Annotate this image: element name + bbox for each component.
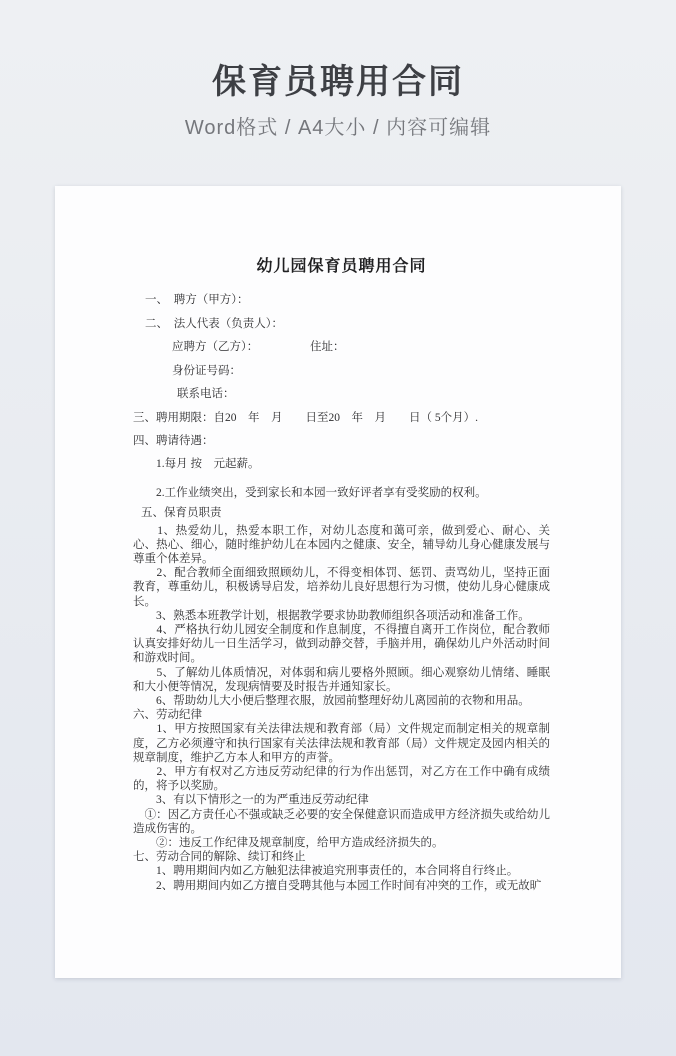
doc-paragraph: 三、聘用期限：自20 年 月 日至20 年 月 日（ 5个月）. [133,407,550,431]
doc-paragraph: 6、帮助幼儿大小便后整理衣服，放园前整理好幼儿离园前的衣物和用品。 [133,694,550,708]
banner-subtitle: Word格式 / A4大小 / 内容可编辑 [0,111,676,140]
doc-paragraph: 身份证号码： [172,360,550,384]
doc-paragraph: 七、劳动合同的解除、续订和终止 [133,850,550,864]
doc-paragraph: ①：因乙方责任心不强或缺乏必要的安全保健意识而造成甲方经济损失或给幼儿造成伤害的… [133,808,550,836]
document-page: 幼儿园保育员聘用合同 一、 聘方（甲方）：二、 法人代表（负责人）：应聘方（乙方… [55,186,621,978]
doc-paragraph: 1、热爱幼儿，热爱本职工作，对幼儿态度和蔼可亲，做到爱心、耐心、关心、热心、细心… [133,524,550,567]
doc-paragraph: 四、聘请待遇： [133,430,550,454]
doc-paragraph: 2、甲方有权对乙方违反劳动纪律的行为作出惩罚，对乙方在工作中确有成绩的，将予以奖… [133,765,550,793]
document-body: 一、 聘方（甲方）：二、 法人代表（负责人）：应聘方（乙方）： 住址：身份证号码… [133,289,550,893]
doc-paragraph: 3、有以下情形之一的为严重违反劳动纪律 [133,793,550,807]
doc-paragraph: 联系电话： [177,383,550,407]
doc-paragraph: 2.工作业绩突出，受到家长和本园一致好评者享有受奖励的权利。 [133,483,550,503]
doc-paragraph: 二、 法人代表（负责人）： [145,313,550,337]
document-title: 幼儿园保育员聘用合同 [133,256,550,278]
doc-paragraph: 2、配合教师全面细致照顾幼儿，不得变相体罚、惩罚、责骂幼儿，坚持正面教育，尊重幼… [133,566,550,609]
doc-paragraph: 4、严格执行幼儿园安全制度和作息制度，不得擅自离开工作岗位，配合教师认真安排好幼… [133,623,550,666]
doc-paragraph: 1、聘用期间内如乙方触犯法律被追究刑事责任的，本合同将自行终止。 [133,864,550,878]
doc-paragraph: 2、聘用期间内如乙方擅自受聘其他与本园工作时间有冲突的工作，或无故旷 [133,879,550,893]
doc-paragraph: ②：违反工作纪律及规章制度，给甲方造成经济损失的。 [133,836,550,850]
doc-paragraph: 五、保育员职责 [141,503,550,524]
doc-paragraph: 六、劳动纪律 [133,708,550,722]
banner: 保育员聘用合同 Word格式 / A4大小 / 内容可编辑 [0,0,676,140]
doc-paragraph: 5、了解幼儿体质情况，对体弱和病儿要格外照顾。细心观察幼儿情绪、睡眠和大小便等情… [133,666,550,694]
doc-paragraph: 3、熟悉本班教学计划，根据教学要求协助教师组织各项活动和准备工作。 [133,609,550,623]
doc-paragraph: 一、 聘方（甲方）： [145,289,550,313]
banner-title: 保育员聘用合同 [0,62,676,103]
doc-paragraph: 应聘方（乙方）： 住址： [172,336,550,360]
document-content: 幼儿园保育员聘用合同 一、 聘方（甲方）：二、 法人代表（负责人）：应聘方（乙方… [55,186,621,893]
doc-paragraph: 1.每月 按 元起薪。 [133,454,550,474]
doc-paragraph: 1、甲方按照国家有关法律法规和教育部（局）文件规定而制定相关的规章制度，乙方必须… [133,722,550,765]
